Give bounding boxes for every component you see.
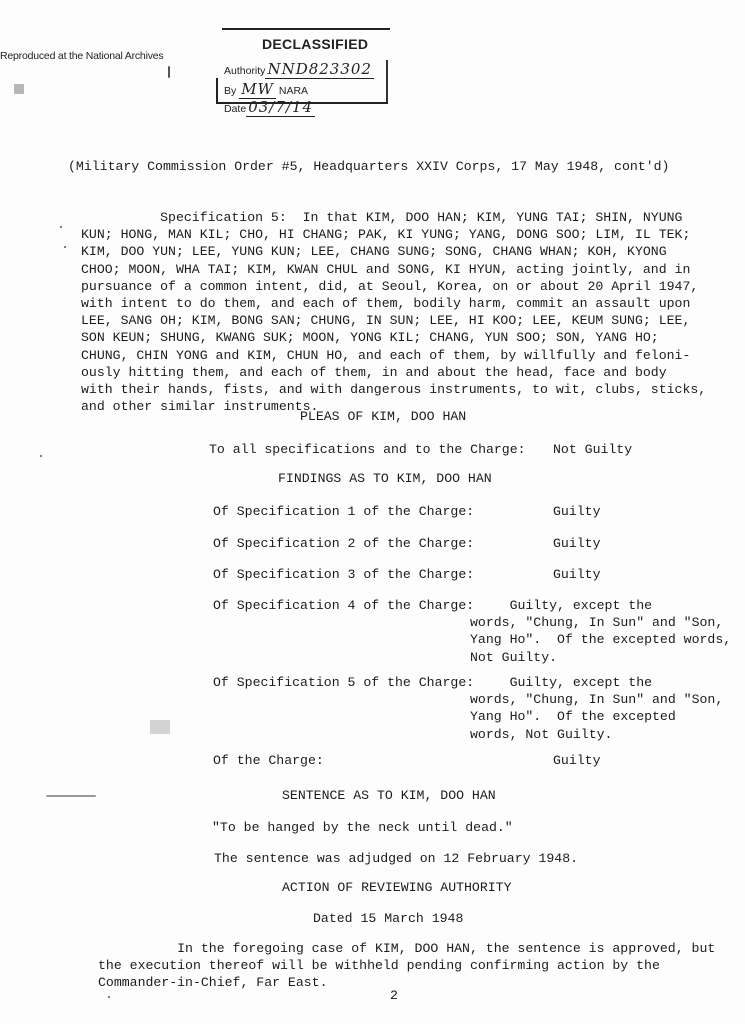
- findings-heading: FINDINGS AS TO KIM, DOO HAN: [278, 471, 492, 486]
- finding-label: Of Specification 5 of the Charge:: [213, 674, 474, 691]
- paragraph-line: with their hands, fists, and with danger…: [81, 381, 706, 398]
- stamp-by-row: By MW NARA Date03/7/14: [224, 80, 390, 116]
- authority-label: Authority: [224, 65, 265, 77]
- finding-label: Of the Charge:: [213, 752, 324, 769]
- sentence-text: "To be hanged by the neck until dead.": [212, 819, 513, 836]
- action-dated: Dated 15 March 1948: [313, 911, 463, 926]
- finding-label: Of Specification 4 of the Charge:: [213, 597, 474, 614]
- finding-value: Guilty: [553, 535, 600, 552]
- authority-value: NND823302: [265, 60, 374, 79]
- pleas-value: Not Guilty: [553, 441, 632, 458]
- paragraph-line: SON KEUN; SHUNG, KWANG SUK; MOON, YONG K…: [81, 329, 706, 346]
- pleas-label: To all specifications and to the Charge:: [209, 441, 526, 458]
- document-page: Reproduced at the National Archives DECL…: [0, 0, 745, 1024]
- page-number: 2: [390, 987, 398, 1004]
- paragraph-line: pursuance of a common intent, did, at Se…: [81, 278, 706, 295]
- stamp-border: [216, 102, 388, 104]
- paragraph-line: KUN; HONG, MAN KIL; CHO, HI CHANG; PAK, …: [81, 226, 706, 243]
- paragraph-line: CHUNG, CHIN YONG and KIM, CHUN HO, and e…: [81, 347, 706, 364]
- scan-artifact: [150, 720, 170, 734]
- stamp-authority-row: AuthorityNND823302: [224, 60, 374, 78]
- sentence-heading: SENTENCE AS TO KIM, DOO HAN: [282, 788, 496, 803]
- paragraph-line: In the foregoing case of KIM, DOO HAN, t…: [98, 940, 715, 957]
- sentence-adjudged: The sentence was adjudged on 12 February…: [214, 850, 578, 867]
- stamp-border: [216, 78, 218, 104]
- paragraph-line: CHOO; MOON, WHA TAI; KIM, KWAN CHUL and …: [81, 261, 706, 278]
- finding-value: Guilty: [553, 752, 600, 769]
- finding-value: Guilty, except the words, "Chung, In Sun…: [470, 597, 731, 666]
- paragraph-line: with intent to do them, and each of them…: [81, 295, 706, 312]
- finding-label: Of Specification 3 of the Charge:: [213, 566, 474, 583]
- scan-artifact: [168, 66, 170, 78]
- declassified-stamp: DECLASSIFIED AuthorityNND823302 By MW NA…: [214, 28, 390, 108]
- scan-artifact: [108, 996, 110, 998]
- action-paragraph: In the foregoing case of KIM, DOO HAN, t…: [98, 940, 715, 992]
- by-label: By: [224, 85, 236, 97]
- scan-artifact: [60, 226, 62, 228]
- stamp-title: DECLASSIFIED: [262, 36, 368, 52]
- scan-artifact: [14, 84, 24, 94]
- scan-artifact: [46, 795, 96, 797]
- continuation-title: (Military Commission Order #5, Headquart…: [68, 158, 669, 175]
- scan-artifact: [40, 455, 42, 457]
- pleas-heading: PLEAS OF KIM, DOO HAN: [300, 409, 466, 424]
- paragraph-line: the execution thereof will be withheld p…: [98, 957, 715, 974]
- finding-value: Guilty: [553, 566, 600, 583]
- paragraph-line: Specification 5: In that KIM, DOO HAN; K…: [81, 209, 706, 226]
- paragraph-line: KIM, DOO YUN; LEE, YUNG KUN; LEE, CHANG …: [81, 243, 706, 260]
- finding-label: Of Specification 1 of the Charge:: [213, 503, 474, 520]
- nara-date-value: 03/7/14: [246, 98, 315, 117]
- paragraph-line: LEE, SANG OH; KIM, BONG SAN; CHUNG, IN S…: [81, 312, 706, 329]
- scan-artifact: [64, 246, 66, 248]
- stamp-border: [222, 28, 390, 30]
- finding-value: Guilty, except the words, "Chung, In Sun…: [470, 674, 723, 743]
- finding-label: Of Specification 2 of the Charge:: [213, 535, 474, 552]
- specification-5-paragraph: Specification 5: In that KIM, DOO HAN; K…: [81, 209, 706, 415]
- by-value: MW: [239, 80, 276, 99]
- stamp-border: [386, 60, 388, 104]
- archive-note: Reproduced at the National Archives: [0, 50, 163, 62]
- action-heading: ACTION OF REVIEWING AUTHORITY: [282, 880, 512, 895]
- finding-value: Guilty: [553, 503, 600, 520]
- paragraph-line: Commander-in-Chief, Far East.: [98, 974, 715, 991]
- paragraph-line: ously hitting them, and each of them, in…: [81, 364, 706, 381]
